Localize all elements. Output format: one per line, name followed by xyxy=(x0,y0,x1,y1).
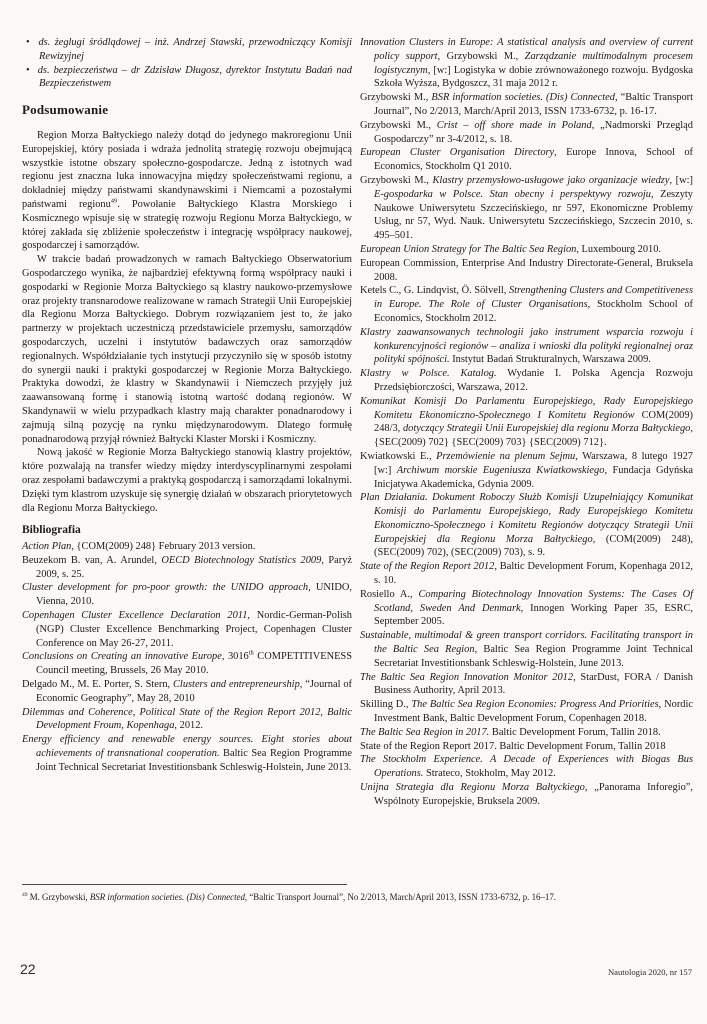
text-segment: BSR information societies. (Dis) Connect… xyxy=(431,92,615,103)
bibliography-entry: The Baltic Sea Region Innovation Monitor… xyxy=(360,671,693,699)
bibliography-entry: Grzybowski M., Crist – off shore made in… xyxy=(360,119,693,147)
text-segment: Cluster development for pro-poor growth:… xyxy=(22,582,308,593)
text-segment: Crist – off shore made in Poland xyxy=(437,120,592,131)
bibliography-entry: Innovation Clusters in Europe: A statist… xyxy=(360,36,693,91)
bibliography-entry: Klastry zaawansowanych technologii jako … xyxy=(360,326,693,367)
text-segment: Clusters and entrepreneurship xyxy=(173,679,300,690)
text-segment: , [w:] xyxy=(669,175,693,186)
paragraph: W trakcie badań prowadzonych w ramach Ba… xyxy=(22,253,352,446)
text-segment: ds. żeglugi śródlądowej – inż. Andrzej S… xyxy=(38,37,352,62)
text-segment: Nową jakość w Regionie Morza Bałtyckiego… xyxy=(22,447,352,513)
text-segment: Delgado M., M. E. Porter, S. Stern, xyxy=(22,679,173,690)
text-segment: European Commission, Enterprise And Indu… xyxy=(360,258,693,283)
left-column: • ds. żeglugi śródlądowej – inż. Andrzej… xyxy=(22,36,352,775)
bibliography-entry: Conclusions on Creating an innovative Eu… xyxy=(22,650,352,678)
text-segment: W trakcie badań prowadzonych w ramach Ba… xyxy=(22,254,352,444)
bibliography-entry: Beuzekom B. van, A. Arundel, OECD Biotec… xyxy=(22,554,352,582)
bibliography-entry: European Commission, Enterprise And Indu… xyxy=(360,257,693,285)
text-segment: , Grzybowski M., xyxy=(438,51,525,62)
bibliography-entry: Kwiatkowski E., Przemówienie na plenum S… xyxy=(360,450,693,491)
text-segment: Strateco, Stokholm, May 2012. xyxy=(423,768,555,779)
text-segment: Grzybowski M., xyxy=(360,120,437,131)
bibliography-entry: Skilling D., The Baltic Sea Region Econo… xyxy=(360,698,693,726)
text-segment: , 3016 xyxy=(222,651,249,662)
bibliography-entry: The Baltic Sea Region in 2017. Baltic De… xyxy=(360,726,693,740)
bibliography-entry: European Cluster Organisation Directory,… xyxy=(360,146,693,174)
text-segment: Klastry w Polsce. Katalog. xyxy=(360,368,497,379)
text-segment: , “Baltic Transport Journal”, No 2/2013,… xyxy=(245,892,556,902)
bibliography-entry: Unijna Strategia dla Regionu Morza Bałty… xyxy=(360,781,693,809)
text-segment: • xyxy=(26,65,38,76)
text-segment: Unijna Strategia dla Regionu Morza Bałty… xyxy=(360,782,585,793)
bibliography-heading: Bibliografia xyxy=(22,524,352,538)
text-segment: M. Grzybowski, xyxy=(28,892,90,902)
document-page: • ds. żeglugi śródlądowej – inż. Andrzej… xyxy=(0,0,707,1024)
text-segment: The Baltic Sea Region in 2017. xyxy=(360,727,489,738)
text-segment: dotyczący Strategii Unii Europejskiej dl… xyxy=(403,423,690,434)
text-segment: Grzybowski M., xyxy=(360,92,431,103)
bibliography-entry: Cluster development for pro-poor growth:… xyxy=(22,581,352,609)
text-segment: E-gospodarka w Polsce. Stan obecny i per… xyxy=(374,189,651,200)
text-segment: Przemówienie na plenum Sejmu xyxy=(436,451,575,462)
bibliography-entry: Komunikat Komisji Do Parlamentu Europejs… xyxy=(360,395,693,450)
text-segment: Skilling D., xyxy=(360,699,411,710)
bibliography-entry: Action Plan, {COM(2009) 248} February 20… xyxy=(22,540,352,554)
bibliography-entry: Plan Działania. Dokument Roboczy Służb K… xyxy=(360,491,693,560)
text-segment: Instytut Badań Strukturalnych, Warszawa … xyxy=(450,354,651,365)
bibliography-entry: Ketels C., G. Lindqvist, Ö. Sölvell, Str… xyxy=(360,284,693,325)
text-segment: Conclusions on Creating an innovative Eu… xyxy=(22,651,222,662)
text-segment: Klastry przemysłowo-usługowe jako organi… xyxy=(433,175,670,186)
text-segment: The Baltic Sea Region Economies: Progres… xyxy=(411,699,658,710)
bibliography-entry: Grzybowski M., Klastry przemysłowo-usług… xyxy=(360,174,693,243)
page-number: 22 xyxy=(20,961,36,977)
text-segment: The Baltic Sea Region Innovation Monitor… xyxy=(360,672,573,683)
text-segment: Beuzekom B. van, A. Arundel, xyxy=(22,555,161,566)
bibliography-entry: Sustainable, multimodal & green transpor… xyxy=(360,629,693,670)
journal-reference: Nautologia 2020, nr 157 xyxy=(608,967,692,977)
bibliography-entry: Copenhagen Cluster Excellence Declaratio… xyxy=(22,609,352,650)
paragraph: Nową jakość w Regionie Morza Bałtyckiego… xyxy=(22,446,352,515)
text-segment: , {COM(2009) 248} February 2013 version. xyxy=(71,541,255,552)
text-segment: European Cluster Organisation Directory xyxy=(360,147,554,158)
text-segment: Kwiatkowski E., xyxy=(360,451,436,462)
text-segment: • xyxy=(26,37,38,48)
bibliography-entry: Delgado M., M. E. Porter, S. Stern, Clus… xyxy=(22,678,352,706)
bullet-item: • ds. żeglugi śródlądowej – inż. Andrzej… xyxy=(26,36,352,64)
footnote: 49 M. Grzybowski, BSR information societ… xyxy=(22,892,694,904)
text-segment: , 2012. xyxy=(174,720,203,731)
text-segment: , Luxembourg 2010. xyxy=(576,244,661,255)
bibliography-list-left: Action Plan, {COM(2009) 248} February 20… xyxy=(22,540,352,775)
text-segment: Grzybowski M., xyxy=(360,175,433,186)
text-segment: Ketels C., G. Lindqvist, Ö. Sölvell, xyxy=(360,285,509,296)
text-segment: Copenhagen Cluster Excellence Declaratio… xyxy=(22,610,247,621)
bibliography-entry: Klastry w Polsce. Katalog. Wydanie I. Po… xyxy=(360,367,693,395)
text-segment: ds. bezpieczeństwa – dr Zdzisław Długosz… xyxy=(38,65,352,90)
text-segment: Region Morza Bałtyckiego należy dotąd do… xyxy=(22,130,352,210)
bibliography-entry: State of the Region Report 2017. Baltic … xyxy=(360,740,693,754)
bibliography-entry: Energy efficiency and renewable energy s… xyxy=(22,733,352,774)
text-segment: BSR information societies. (Dis) Connect… xyxy=(90,892,245,902)
text-segment: Rosiello A., xyxy=(360,589,418,600)
bibliography-entry: The Stockholm Experience. A Decade of Ex… xyxy=(360,753,693,781)
bullet-item: • ds. bezpieczeństwa – dr Zdzisław Długo… xyxy=(26,64,352,92)
text-segment: OECD Biotechnology Statistics 2009 xyxy=(161,555,321,566)
section-heading-podsumowanie: Podsumowanie xyxy=(22,103,352,117)
bibliography-entry: European Union Strategy for The Baltic S… xyxy=(360,243,693,257)
paragraph: Region Morza Bałtyckiego należy dotąd do… xyxy=(22,129,352,253)
right-column: Innovation Clusters in Europe: A statist… xyxy=(360,36,693,809)
bibliography-entry: Grzybowski M., BSR information societies… xyxy=(360,91,693,119)
bullet-list: • ds. żeglugi śródlądowej – inż. Andrzej… xyxy=(26,36,352,91)
summary-paragraphs: Region Morza Bałtyckiego należy dotąd do… xyxy=(22,129,352,515)
bibliography-list-right: Innovation Clusters in Europe: A statist… xyxy=(360,36,693,809)
text-segment: Baltic Development Forum, Tallin 2018. xyxy=(489,727,660,738)
text-segment: State of the Region Report 2012 xyxy=(360,561,494,572)
text-segment: Archiwum morskie Eugeniusza Kwiatkowskie… xyxy=(397,465,605,476)
bibliography-entry: State of the Region Report 2012, Baltic … xyxy=(360,560,693,588)
text-segment: Action Plan xyxy=(22,541,71,552)
bibliography-entry: Dilemmas and Coherence, Political State … xyxy=(22,706,352,734)
text-segment: State of the Region Report 2017. Baltic … xyxy=(360,741,666,752)
text-segment: European Union Strategy for The Baltic S… xyxy=(360,244,576,255)
bibliography-entry: Rosiello A., Comparing Biotechnology Inn… xyxy=(360,588,693,629)
footnote-divider xyxy=(22,884,347,885)
